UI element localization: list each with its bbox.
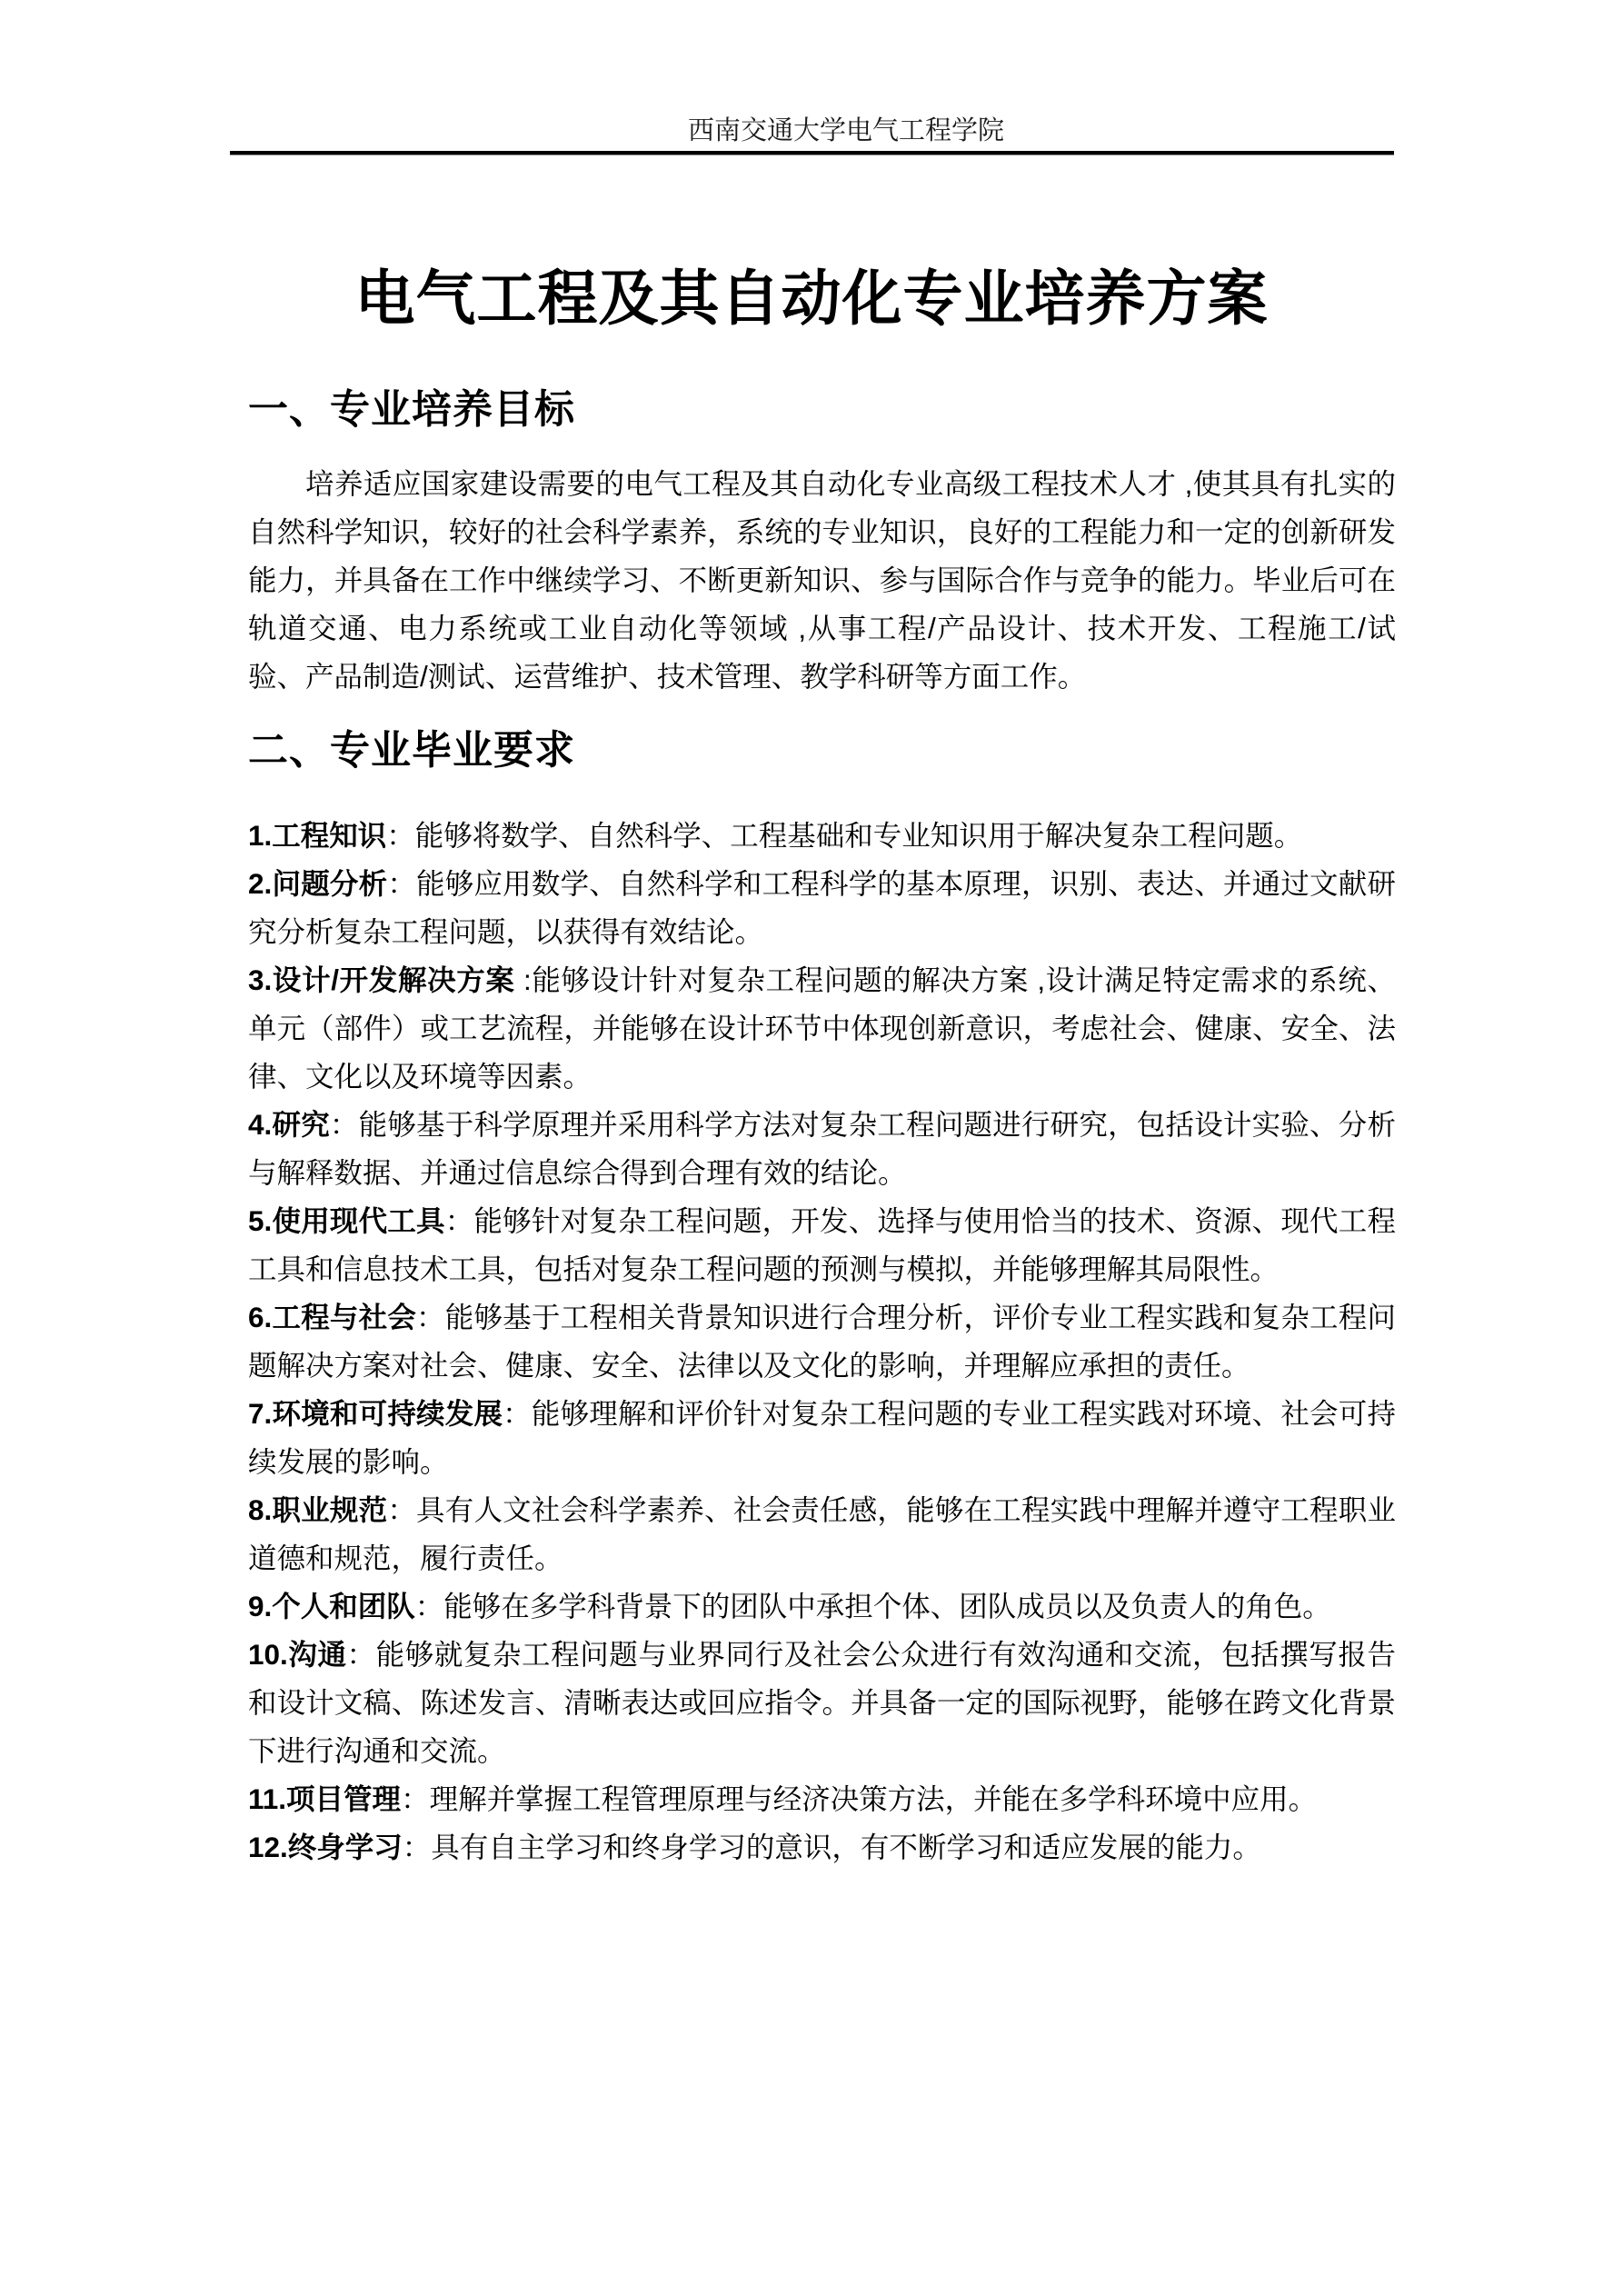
requirement-label: 9.个人和团队 bbox=[248, 1590, 415, 1622]
requirement-item: 1.工程知识：能够将数学、自然科学、工程基础和专业知识用于解决复杂工程问题。 bbox=[248, 812, 1396, 860]
requirement-item: 4.研究：能够基于科学原理并采用科学方法对复杂工程问题进行研究，包括设计实验、分… bbox=[248, 1101, 1396, 1197]
requirement-item: 9.个人和团队：能够在多学科背景下的团队中承担个体、团队成员以及负责人的角色。 bbox=[248, 1582, 1396, 1631]
requirement-text: 能够在多学科背景下的团队中承担个体、团队成员以及负责人的角色。 bbox=[443, 1590, 1331, 1622]
section-heading-training-objective: 一、专业培养目标 bbox=[248, 389, 1396, 430]
requirement-text: 能够基于科学原理并采用科学方法对复杂工程问题进行研究，包括设计实验、分析与解释数… bbox=[248, 1108, 1396, 1189]
requirement-item: 7.环境和可持续发展：能够理解和评价针对复杂工程问题的专业工程实践对环境、社会可… bbox=[248, 1390, 1396, 1486]
page: 西南交通大学电气工程学院 电气工程及其自动化专业培养方案 一、专业培养目标 培养… bbox=[0, 0, 1623, 2296]
requirement-separator: ： bbox=[330, 1108, 359, 1141]
requirement-label: 1.工程知识 bbox=[248, 819, 386, 852]
requirement-separator: ： bbox=[401, 1782, 430, 1815]
header-rule bbox=[230, 151, 1394, 155]
requirement-label: 5.使用现代工具 bbox=[248, 1204, 445, 1237]
requirement-separator: ： bbox=[445, 1204, 474, 1237]
requirement-separator: ： bbox=[387, 867, 416, 900]
requirement-text: 能够将数学、自然科学、工程基础和专业知识用于解决复杂工程问题。 bbox=[415, 819, 1303, 852]
requirement-label: 3.设计/开发解决方案 bbox=[248, 963, 515, 996]
requirement-item: 2.问题分析：能够应用数学、自然科学和工程科学的基本原理，识别、表达、并通过文献… bbox=[248, 860, 1396, 956]
requirement-separator: : bbox=[515, 963, 532, 996]
requirement-separator: ： bbox=[403, 1831, 432, 1863]
requirement-text: 能够就复杂工程问题与业界同行及社会公众进行有效沟通和交流，包括撰写报告和设计文稿… bbox=[248, 1638, 1396, 1767]
requirement-separator: ： bbox=[386, 819, 415, 852]
requirement-item: 8.职业规范：具有人文社会科学素养、社会责任感，能够在工程实践中理解并遵守工程职… bbox=[248, 1486, 1396, 1582]
requirement-item: 12.终身学习：具有自主学习和终身学习的意识，有不断学习和适应发展的能力。 bbox=[248, 1823, 1396, 1872]
requirement-separator: ： bbox=[387, 1493, 416, 1526]
requirement-item: 5.使用现代工具：能够针对复杂工程问题，开发、选择与使用恰当的技术、资源、现代工… bbox=[248, 1197, 1396, 1293]
requirement-item: 10.沟通：能够就复杂工程问题与业界同行及社会公众进行有效沟通和交流，包括撰写报… bbox=[248, 1631, 1396, 1775]
requirement-text: 具有人文社会科学素养、社会责任感，能够在工程实践中理解并遵守工程职业道德和规范，… bbox=[248, 1493, 1396, 1574]
requirement-text: 能够应用数学、自然科学和工程科学的基本原理，识别、表达、并通过文献研究分析复杂工… bbox=[248, 867, 1396, 948]
requirement-separator: ： bbox=[503, 1397, 532, 1430]
document-header: 西南交通大学电气工程学院 bbox=[0, 0, 1623, 145]
requirement-label: 10.沟通 bbox=[248, 1638, 347, 1671]
requirement-label: 7.环境和可持续发展 bbox=[248, 1397, 503, 1430]
requirement-label: 8.职业规范 bbox=[248, 1493, 387, 1526]
requirement-item: 3.设计/开发解决方案 :能够设计针对复杂工程问题的解决方案 ,设计满足特定需求… bbox=[248, 956, 1396, 1101]
requirement-item: 6.工程与社会：能够基于工程相关背景知识进行合理分析，评价专业工程实践和复杂工程… bbox=[248, 1293, 1396, 1390]
requirement-label: 6.工程与社会 bbox=[248, 1301, 416, 1333]
requirements-list: 1.工程知识：能够将数学、自然科学、工程基础和专业知识用于解决复杂工程问题。 2… bbox=[248, 812, 1396, 1872]
requirement-text: 理解并掌握工程管理原理与经济决策方法，并能在多学科环境中应用。 bbox=[430, 1782, 1318, 1815]
requirement-text: 具有自主学习和终身学习的意识，有不断学习和适应发展的能力。 bbox=[431, 1831, 1261, 1863]
requirement-separator: ： bbox=[347, 1638, 376, 1671]
requirement-label: 12.终身学习 bbox=[248, 1831, 403, 1863]
requirement-label: 11.项目管理 bbox=[248, 1782, 401, 1815]
requirement-separator: ： bbox=[415, 1590, 444, 1622]
document-title: 电气工程及其自动化专业培养方案 bbox=[0, 268, 1623, 329]
section-heading-graduation-requirements: 二、专业毕业要求 bbox=[248, 730, 1396, 771]
requirement-label: 2.问题分析 bbox=[248, 867, 387, 900]
training-objective-paragraph: 培养适应国家建设需要的电气工程及其自动化专业高级工程技术人才 ,使其具有扎实的自… bbox=[248, 460, 1396, 701]
document-body: 一、专业培养目标 培养适应国家建设需要的电气工程及其自动化专业高级工程技术人才 … bbox=[248, 389, 1396, 1872]
requirement-item: 11.项目管理：理解并掌握工程管理原理与经济决策方法，并能在多学科环境中应用。 bbox=[248, 1775, 1396, 1823]
requirement-separator: ： bbox=[416, 1301, 445, 1333]
requirement-label: 4.研究 bbox=[248, 1108, 330, 1141]
